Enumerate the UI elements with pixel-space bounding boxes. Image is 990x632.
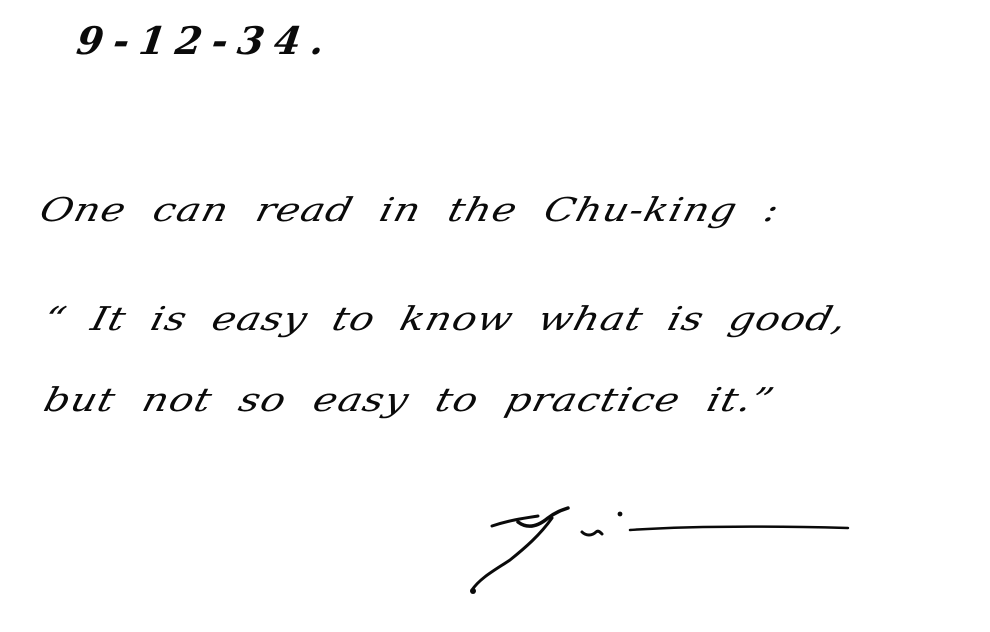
handwritten-signature-icon — [470, 490, 870, 600]
note-line-quote-1: “ It is easy to know what is good, — [40, 300, 851, 338]
note-line-quote-2: but not so easy to practice it.” — [40, 381, 778, 419]
handwritten-note-page: 9-12-34. One can read in the Chu-king : … — [0, 0, 990, 632]
note-line-intro: One can read in the Chu-king : — [36, 191, 784, 229]
note-date: 9-12-34. — [74, 18, 337, 63]
